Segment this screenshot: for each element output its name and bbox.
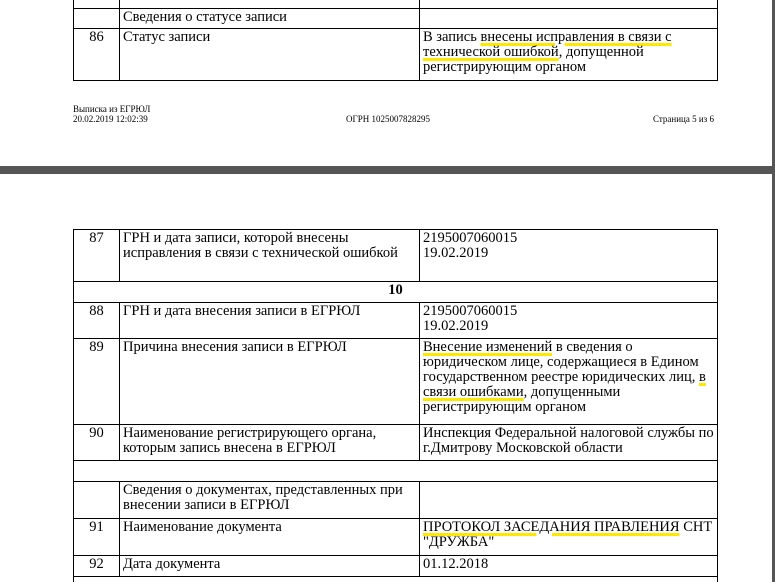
row-label: Сведения о статусе записи: [120, 9, 420, 29]
row-value: [420, 482, 718, 519]
table-row: 89Причина внесения записи в ЕГРЮЛВнесени…: [74, 339, 718, 425]
row-label: Причина внесения записи в ЕГРЮЛ: [120, 339, 420, 425]
row-number: [74, 9, 120, 29]
table-row: 91Наименование документаПРОТОКОЛ ЗАСЕДАН…: [74, 519, 718, 556]
egrul-table-page-6: 87ГРН и дата записи, которой внесены исп…: [73, 229, 718, 582]
egrul-table-page-5: Сведения о статусе записи86Статус записи…: [73, 0, 718, 81]
table-row: 90Наименование регистрирующего органа, к…: [74, 425, 718, 461]
row-number: 89: [74, 339, 120, 425]
table-row: 86Статус записиВ запись внесены исправле…: [74, 29, 718, 81]
row-value: 219500706001519.02.2019: [420, 230, 718, 282]
row-value: ПРОТОКОЛ ЗАСЕДАНИЯ ПРАВЛЕНИЯ СНТ "ДРУЖБА…: [420, 519, 718, 556]
section-number: 10: [74, 282, 718, 303]
page-separator: [0, 166, 775, 174]
row-label: ГРН и дата записи, которой внесены испра…: [120, 230, 420, 282]
row-number: [74, 0, 120, 9]
footer-ogrn: ОГРН 1025007828295: [346, 114, 430, 124]
section-number: [74, 461, 718, 482]
row-number: 92: [74, 556, 120, 577]
row-value: Инспекция Федеральной налоговой службы п…: [420, 425, 718, 461]
table-row: 88ГРН и дата внесения записи в ЕГРЮЛ2195…: [74, 303, 718, 339]
row-value: [420, 0, 718, 9]
table-row: [74, 0, 718, 9]
highlighted-text: Внесение изменений: [423, 339, 552, 355]
row-label: [120, 0, 420, 9]
row-value: Внесение изменений в сведения о юридичес…: [420, 339, 718, 425]
table-row: Сведения о статусе записи: [74, 9, 718, 29]
value-text: В запись: [423, 29, 480, 45]
section-row: 10: [74, 282, 718, 303]
row-label: Сведения о документах, представленных пр…: [120, 482, 420, 519]
highlighted-text: ПРОТОКОЛ ЗАСЕДАНИЯ ПРАВЛЕНИЯ: [423, 519, 680, 535]
footer-page-info: Страница 5 из 6: [653, 114, 714, 124]
row-number: [74, 482, 120, 519]
row-value: 01.12.2018: [420, 556, 718, 577]
row-value: [420, 9, 718, 29]
row-label: Дата документа: [120, 556, 420, 577]
row-number: 91: [74, 519, 120, 556]
row-label: ГРН и дата внесения записи в ЕГРЮЛ: [120, 303, 420, 339]
document-page-5: Сведения о статусе записи86Статус записи…: [0, 0, 772, 166]
table-row: Сведения о документах, представленных пр…: [74, 482, 718, 519]
footer-doc-title: Выписка из ЕГРЮЛ: [73, 104, 150, 114]
section-row: [74, 577, 718, 582]
row-number: 90: [74, 425, 120, 461]
section-row: [74, 461, 718, 482]
row-number: 86: [74, 29, 120, 81]
row-number: 87: [74, 230, 120, 282]
row-value: 219500706001519.02.2019: [420, 303, 718, 339]
row-label: Наименование документа: [120, 519, 420, 556]
document-page-6: 87ГРН и дата записи, которой внесены исп…: [0, 174, 772, 582]
section-number: [74, 577, 718, 582]
row-value: В запись внесены исправления в связи с т…: [420, 29, 718, 81]
row-label: Статус записи: [120, 29, 420, 81]
table-row: 87ГРН и дата записи, которой внесены исп…: [74, 230, 718, 282]
footer-left: Выписка из ЕГРЮЛ 20.02.2019 12:02:39: [73, 104, 150, 124]
table-row: 92Дата документа01.12.2018: [74, 556, 718, 577]
row-number: 88: [74, 303, 120, 339]
row-label: Наименование регистрирующего органа, кот…: [120, 425, 420, 461]
footer-datetime: 20.02.2019 12:02:39: [73, 114, 150, 124]
